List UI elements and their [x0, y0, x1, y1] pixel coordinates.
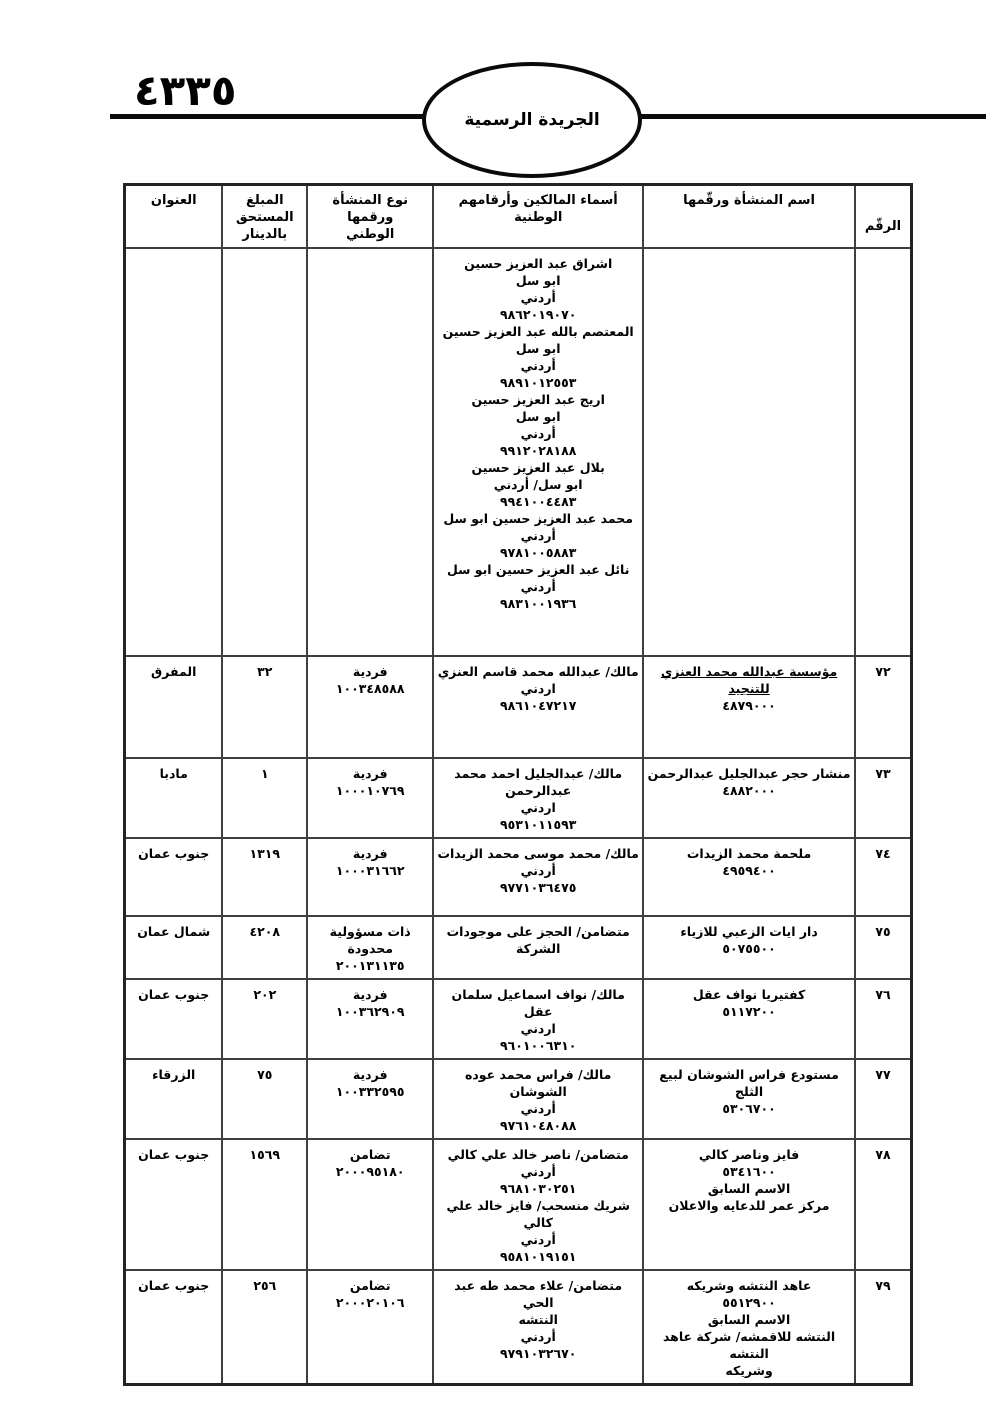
table-row-79: ٧٩ عاهد النتشه وشريكه٥٥١٢٩٠٠ الاسم الساب… [125, 1270, 912, 1385]
cell-amount: ٣٢ [222, 656, 307, 758]
cell-num: ٧٣ [855, 758, 912, 838]
cell-type: فردية ١٠٠٣٤٨٥٨٨ [307, 656, 433, 758]
cell-name: مؤسسة عبدالله محمد العنزي للتنجيد٤٨٧٩٠٠٠ [643, 656, 855, 758]
establishments-table: الرقّم اسم المنشأة ورقّمها أسماء المالكي… [123, 183, 913, 1386]
cell-type: تضامن ٢٠٠٠٩٥١٨٠ [307, 1139, 433, 1270]
cell-num: ٧٦ [855, 979, 912, 1059]
cell-address: الزرقاء [125, 1059, 223, 1139]
cell-amount: ١ [222, 758, 307, 838]
header-num: الرقّم [855, 185, 912, 249]
cell-amount: ٧٥ [222, 1059, 307, 1139]
cell-num: ٧٨ [855, 1139, 912, 1270]
cell-address: مادبا [125, 758, 223, 838]
cell-owners: مالك/ فراس محمد عوده الشوشان أردني ٩٧٦١٠… [433, 1059, 643, 1139]
cell-type: تضامن ٢٠٠٠٢٠١٠٦ [307, 1270, 433, 1385]
page-number: ٤٣٣٥ [134, 66, 237, 115]
table-row-73: ٧٣ منشار حجر عبدالجليل عبدالرحمن٤٨٨٢٠٠٠ … [125, 758, 912, 838]
gazette-title: الجريدة الرسمية [464, 110, 599, 130]
cell-owners: متضامن/ ناصر خالد علي كالي أردني ٩٦٨١٠٣٠… [433, 1139, 643, 1270]
cell-type [307, 248, 433, 656]
cell-name: منشار حجر عبدالجليل عبدالرحمن٤٨٨٢٠٠٠ [643, 758, 855, 838]
table-row-74: ٧٤ ملحمة محمد الزيدات٤٩٥٩٤٠٠ مالك/ محمد … [125, 838, 912, 916]
cell-name: مستودع فراس الشوشان لبيع الثلج٥٣٠٦٧٠٠ [643, 1059, 855, 1139]
cell-address: المفرق [125, 656, 223, 758]
cell-num: ٧٢ [855, 656, 912, 758]
cell-owners: متضامن/ علاء محمد طه عبد الحي النتشه أرد… [433, 1270, 643, 1385]
cell-type: ذات مسؤولية محدودة ٢٠٠١٣١١٣٥ [307, 916, 433, 979]
table-row-76: ٧٦ كفتيريا نواف عقل٥١١٧٢٠٠ مالك/ نواف اس… [125, 979, 912, 1059]
cell-name: فايز وناصر كالي٥٣٤١٦٠٠ الاسم السابق مركز… [643, 1139, 855, 1270]
cell-owners: مالك/ عبدالله محمد قاسم العنزي اردني ٩٨٦… [433, 656, 643, 758]
table-row-72: ٧٢ مؤسسة عبدالله محمد العنزي للتنجيد٤٨٧٩… [125, 656, 912, 758]
cell-amount [222, 248, 307, 656]
cell-owners: اشراق عبد العزيز حسين ابو سل أردني ٩٨٦٢٠… [433, 248, 643, 656]
cell-num: ٧٧ [855, 1059, 912, 1139]
cell-address: جنوب عمان [125, 838, 223, 916]
cell-address [125, 248, 223, 656]
cell-type: فردية ١٠٠٣٦٢٩٠٩ [307, 979, 433, 1059]
cell-amount: ٢٠٢ [222, 979, 307, 1059]
cell-name: دار ايات الزعبي للازياء٥٠٧٥٥٠٠ [643, 916, 855, 979]
cell-owners: مالك/ عبدالجليل احمد محمد عبدالرحمن اردن… [433, 758, 643, 838]
table-row-77: ٧٧ مستودع فراس الشوشان لبيع الثلج٥٣٠٦٧٠٠… [125, 1059, 912, 1139]
cell-num: ٧٤ [855, 838, 912, 916]
cell-owners: متضامن/ الحجز على موجودات الشركة [433, 916, 643, 979]
cell-name: عاهد النتشه وشريكه٥٥١٢٩٠٠ الاسم السابق ا… [643, 1270, 855, 1385]
cell-name: كفتيريا نواف عقل٥١١٧٢٠٠ [643, 979, 855, 1059]
cell-owners: مالك/ محمد موسى محمد الزيدات أردني ٩٧٧١٠… [433, 838, 643, 916]
cell-num: ٧٥ [855, 916, 912, 979]
cell-address: جنوب عمان [125, 1270, 223, 1385]
table-row-continuation: اشراق عبد العزيز حسين ابو سل أردني ٩٨٦٢٠… [125, 248, 912, 656]
cell-amount: ١٥٦٩ [222, 1139, 307, 1270]
header-address: العنوان [125, 185, 223, 249]
table-row-78: ٧٨ فايز وناصر كالي٥٣٤١٦٠٠ الاسم السابق م… [125, 1139, 912, 1270]
table-row-75: ٧٥ دار ايات الزعبي للازياء٥٠٧٥٥٠٠ متضامن… [125, 916, 912, 979]
gazette-title-ellipse: الجريدة الرسمية [422, 62, 642, 178]
cell-address: جنوب عمان [125, 979, 223, 1059]
cell-amount: ٢٥٦ [222, 1270, 307, 1385]
gazette-page: ٤٣٣٥ الجريدة الرسمية الرقّم اسم المنشأة … [0, 0, 1000, 1413]
cell-amount: ١٣١٩ [222, 838, 307, 916]
cell-address: جنوب عمان [125, 1139, 223, 1270]
cell-num: ٧٩ [855, 1270, 912, 1385]
header-type: نوع المنشأة ورقمها الوطني [307, 185, 433, 249]
cell-address: شمال عمان [125, 916, 223, 979]
table-header-row: الرقّم اسم المنشأة ورقّمها أسماء المالكي… [125, 185, 912, 249]
header-owners: أسماء المالكين وأرقامهم الوطنية [433, 185, 643, 249]
cell-owners: مالك/ نواف اسماعيل سلمان عقل اردني ٩٦٠١٠… [433, 979, 643, 1059]
cell-name [643, 248, 855, 656]
cell-amount: ٤٢٠٨ [222, 916, 307, 979]
cell-name: ملحمة محمد الزيدات٤٩٥٩٤٠٠ [643, 838, 855, 916]
cell-type: فردية ١٠٠٣٣٢٥٩٥ [307, 1059, 433, 1139]
cell-num [855, 248, 912, 656]
header-name: اسم المنشأة ورقّمها [643, 185, 855, 249]
cell-type: فردية ١٠٠٠١٠٧٦٩ [307, 758, 433, 838]
header-amount: المبلغ المستحق بالدينار [222, 185, 307, 249]
cell-type: فردية ١٠٠٠٣١٦٦٢ [307, 838, 433, 916]
